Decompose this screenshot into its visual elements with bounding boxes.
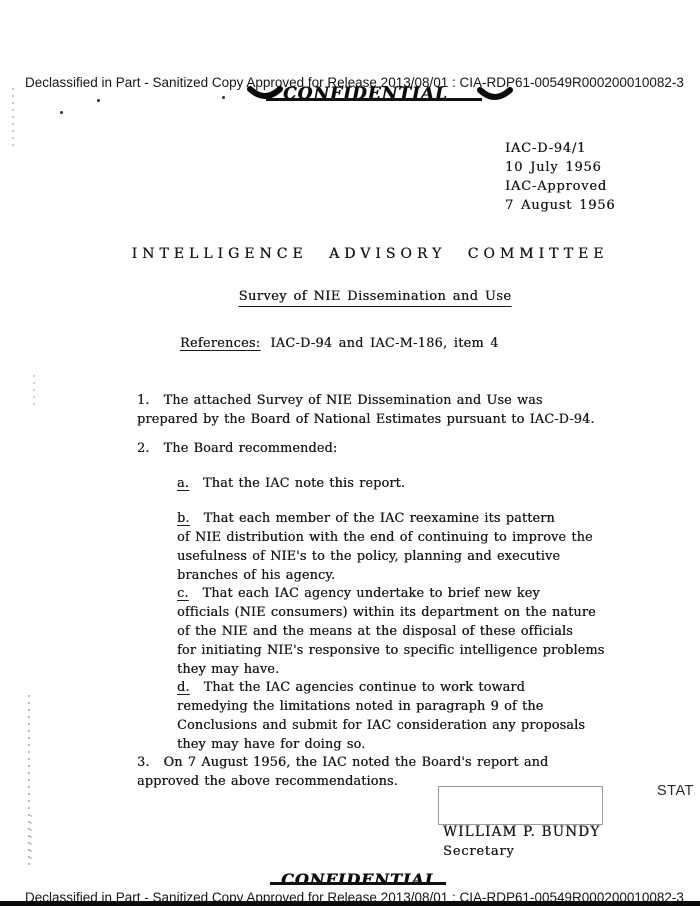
references-label: References: (180, 336, 260, 351)
scan-artifact (222, 96, 225, 99)
recommendation-item-a: a.That the IAC note this report. (177, 455, 697, 493)
scan-artifact (60, 111, 63, 114)
paragraph-number: 1. (137, 393, 150, 408)
approval-date: 7 August 1956 (505, 196, 615, 215)
redaction-box (438, 786, 603, 825)
scan-artifact (33, 375, 35, 407)
item-letter: c. (177, 586, 189, 601)
references-line: References:IAC-D-94 and IAC-M-186, item … (180, 336, 499, 351)
signature-name: WILLIAM P. BUNDY (443, 824, 600, 840)
approval-label: IAC-Approved (505, 177, 615, 196)
item-letter: b. (177, 511, 190, 526)
strike-through-line-top (266, 98, 482, 101)
scan-artifact (12, 88, 14, 146)
signature-title: Secretary (443, 844, 515, 859)
item-letter: a. (177, 476, 189, 491)
paragraph-number: 3. (137, 755, 150, 770)
document-subject: Survey of NIE Dissemination and Use (239, 289, 512, 307)
paragraph-2: 2.The Board recommended: (137, 420, 682, 458)
classification-stamp-top: CONFIDENTIAL (283, 84, 448, 104)
paragraph-3: 3.On 7 August 1956, the IAC noted the Bo… (137, 734, 682, 791)
item-letter: d. (177, 680, 190, 695)
document-date: 10 July 1956 (505, 158, 615, 177)
scan-edge-bar (0, 901, 700, 906)
references-text: IAC-D-94 and IAC-M-186, item 4 (270, 336, 498, 351)
classification-stamp-bottom: CONFIDENTIAL (281, 870, 437, 889)
stat-marking: STAT (657, 783, 694, 799)
scan-artifact (97, 99, 100, 102)
document-header-block: IAC-D-94/1 10 July 1956 IAC-Approved 7 A… (505, 139, 615, 215)
paragraph-number: 2. (137, 441, 150, 456)
paragraph-text: The Board recommended: (164, 441, 338, 456)
scan-artifact (30, 815, 32, 860)
document-scan-page: Declassified in Part - Sanitized Copy Ap… (0, 0, 700, 906)
item-text: That the IAC note this report. (203, 476, 405, 491)
handwritten-mark-right (477, 87, 513, 103)
paragraph-text: On 7 August 1956, the IAC noted the Boar… (137, 755, 548, 789)
document-number: IAC-D-94/1 (505, 139, 615, 158)
strike-through-line-bottom (270, 882, 446, 885)
committee-title: INTELLIGENCE ADVISORY COMMITTEE (132, 246, 609, 262)
